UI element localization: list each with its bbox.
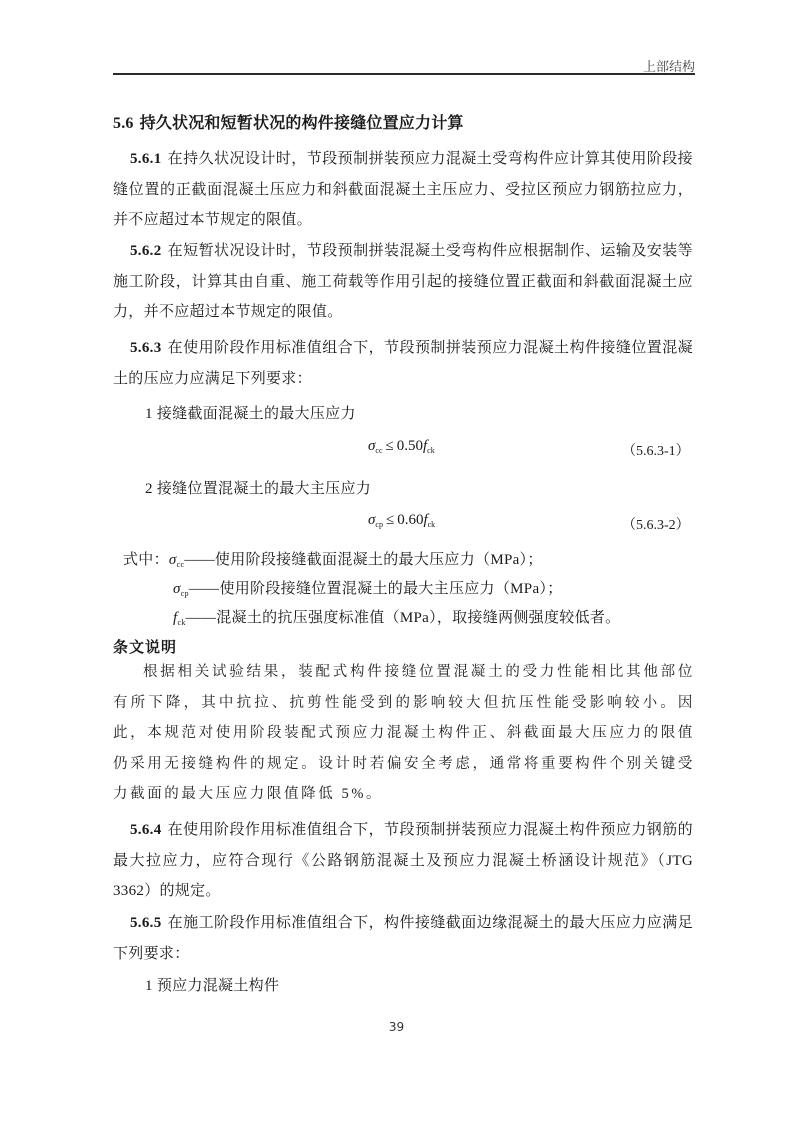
symbol: σ — [173, 581, 181, 597]
clause-5-6-1: 5.6.1在持久状况设计时，节段预制拼装预应力混凝土受弯构件应计算其使用阶段接缝… — [113, 144, 693, 236]
equation-number: （5.6.3-2） — [622, 514, 690, 534]
formula-rhs-sub: ck — [428, 520, 436, 529]
clause-5-6-2: 5.6.2在短暂状况设计时，节段预制拼装混凝土受弯构件应根据制作、运输及安装等施… — [113, 236, 693, 328]
clause-5-6-5: 5.6.5在施工阶段作用标准值组合下，构件接缝截面边缘混凝土的最大压应力应满足下… — [113, 908, 693, 969]
definition-text: ——使用阶段接缝位置混凝土的最大主压应力（MPa）； — [189, 581, 563, 597]
clause-text: 在使用阶段作用标准值组合下，节段预制拼装预应力混凝土构件接缝位置混凝土的压应力应… — [113, 340, 693, 387]
clause-text: 在持久状况设计时，节段预制拼装预应力混凝土受弯构件应计算其使用阶段接缝位置的正截… — [113, 151, 693, 228]
symbol-sub: cp — [181, 589, 189, 598]
symbol-sub: ck — [177, 618, 185, 627]
clause-number: 5.6.3 — [130, 340, 162, 356]
section-title: 5.6持久状况和短暂状况的构件接缝位置应力计算 — [113, 110, 464, 133]
commentary-text: 根据相关试验结果，装配式构件接缝位置混凝土的受力性能相比其他部位有所下降，其中抗… — [113, 657, 695, 810]
clause-text: 在施工阶段作用标准值组合下，构件接缝截面边缘混凝土的最大压应力应满足下列要求： — [113, 915, 693, 962]
equation-number: （5.6.3-1） — [622, 440, 690, 460]
commentary-title: 条文说明 — [113, 636, 177, 657]
where-def-2: σcp——使用阶段接缝位置混凝土的最大主压应力（MPa）； — [173, 577, 563, 598]
clause-number: 5.6.5 — [130, 915, 162, 931]
formula-coefficient: 0.50 — [397, 438, 423, 454]
item-5-6-3-1: 1 接缝截面混凝土的最大压应力 — [145, 402, 356, 423]
definition-text: ——混凝土的抗压强度标准值（MPa），取接缝两侧强度较低者。 — [186, 610, 621, 626]
where-symbol: σcp — [173, 581, 189, 597]
clause-5-6-3: 5.6.3在使用阶段作用标准值组合下，节段预制拼装预应力混凝土构件接缝位置混凝土… — [113, 333, 693, 394]
clause-number: 5.6.2 — [130, 243, 162, 259]
formula-5-6-3-1: σcc≤0.50fck — [368, 438, 435, 455]
item-5-6-3-2: 2 接缝位置混凝土的最大主压应力 — [145, 477, 371, 498]
clause-5-6-4: 5.6.4在使用阶段作用标准值组合下，节段预制拼装预应力混凝土构件预应力钢筋的最… — [113, 815, 693, 907]
where-def-3: fck——混凝土的抗压强度标准值（MPa），取接缝两侧强度较低者。 — [173, 606, 620, 627]
where-def-1: 式中：σcc——使用阶段接缝截面混凝土的最大压应力（MPa）； — [123, 548, 543, 569]
section-number: 5.6 — [113, 115, 134, 132]
symbol: σ — [169, 552, 177, 568]
clause-text: 在短暂状况设计时，节段预制拼装混凝土受弯构件应根据制作、运输及安装等施工阶段，计… — [113, 243, 693, 320]
formula-operator: ≤ — [386, 438, 394, 454]
clause-number: 5.6.1 — [130, 151, 162, 167]
formula-5-6-3-2: σcp≤0.60fck — [368, 512, 435, 529]
where-prefix: 式中： — [123, 552, 169, 568]
formula-sub: cc — [375, 446, 382, 455]
header-rule — [113, 73, 695, 75]
definition-text: ——使用阶段接缝截面混凝土的最大压应力（MPa）； — [184, 552, 542, 568]
formula-rhs-sub: ck — [427, 446, 435, 455]
where-symbol: fck — [173, 610, 186, 626]
formula-coefficient: 0.60 — [397, 512, 423, 528]
clause-number: 5.6.4 — [130, 822, 162, 838]
formula-sub: cp — [375, 520, 383, 529]
clause-text: 在使用阶段作用标准值组合下，节段预制拼装预应力混凝土构件预应力钢筋的最大拉应力，… — [113, 822, 693, 899]
item-5-6-5-1: 1 预应力混凝土构件 — [145, 974, 279, 995]
formula-operator: ≤ — [386, 512, 394, 528]
section-title-text: 持久状况和短暂状况的构件接缝位置应力计算 — [140, 113, 464, 132]
page-number: 39 — [0, 1020, 793, 1034]
where-symbol: σcc — [169, 552, 184, 568]
